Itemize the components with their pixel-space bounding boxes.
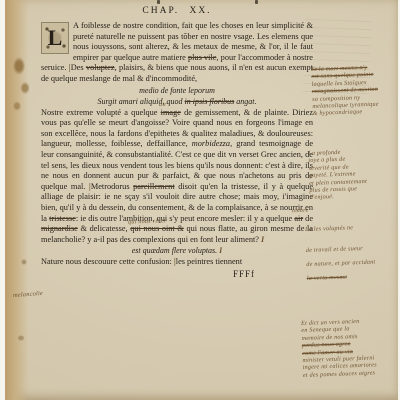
latin-quote-closing: est quædam flere voluptas. I bbox=[41, 246, 313, 256]
cropped-running-header-mark bbox=[157, 0, 160, 4]
chapter-heading: CHAP. XX. bbox=[41, 6, 313, 16]
marginalia-block-middle: La les voluptés nemmmmmmmmmmmmmmmmmmmmmm… bbox=[305, 223, 391, 296]
margin-note-melancolie: melancolie bbox=[13, 290, 43, 299]
paragraph-2: Nostre extreme volupté a quelque imageai… bbox=[41, 108, 313, 246]
paragraph-1-text: A foiblesse de nostre condition, fait qu… bbox=[41, 21, 313, 83]
latin-quote-line-2: Surgit amari aliquid, quod in ipsis flor… bbox=[41, 97, 313, 107]
cropped-running-header-mark bbox=[255, 0, 258, 4]
marginalia-block-bottom: Et dict un vers ancienen Seneque que lam… bbox=[301, 317, 377, 386]
page-deckle-edge bbox=[5, 0, 29, 400]
latin-quote-line-1: medio de fonte leporum bbox=[41, 86, 313, 96]
signature-mark: FFFf bbox=[41, 269, 313, 279]
marginalia-block-profonde-joye: La profondejoye a plus deseverité que de… bbox=[308, 148, 368, 202]
scanned-book-page: CHAP. XX. LA foiblesse de nostre conditi… bbox=[0, 0, 400, 400]
paragraph-1: LA foiblesse de nostre condition, fait q… bbox=[41, 21, 313, 85]
final-line: Nature nous descouure cette confusion: |… bbox=[41, 257, 313, 268]
ornamental-drop-cap: L bbox=[41, 22, 69, 54]
marginalia-block-top: Et la mort mesme n'yest sans quelque poi… bbox=[311, 64, 379, 118]
printed-text-column: CHAP. XX. LA foiblesse de nostre conditi… bbox=[41, 6, 313, 279]
paper-sheet: CHAP. XX. LA foiblesse de nostre conditi… bbox=[5, 0, 398, 400]
